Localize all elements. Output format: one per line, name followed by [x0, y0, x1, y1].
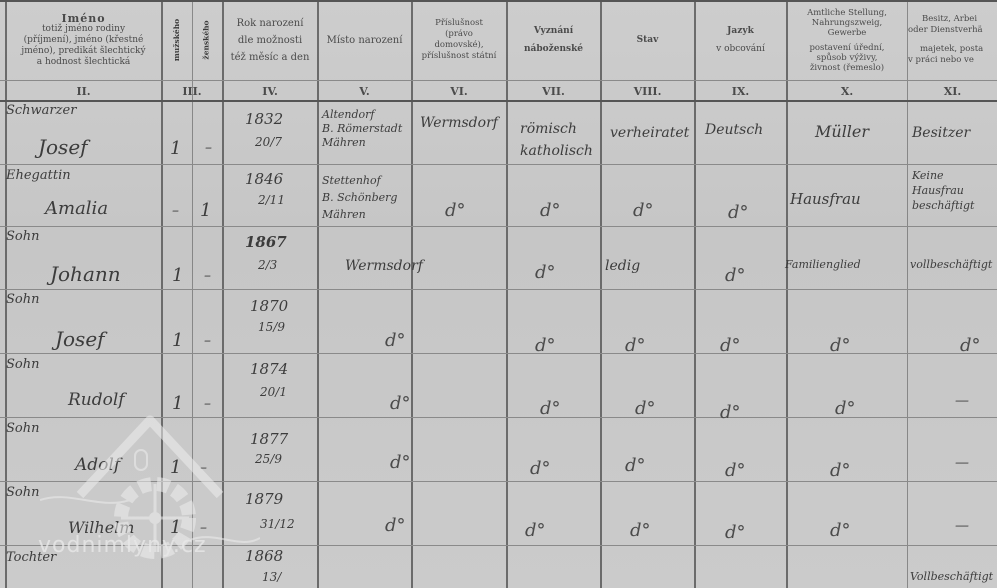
religion-cell: d°: [540, 200, 561, 221]
male-count-cell: 1: [172, 265, 183, 286]
relation-cell: Sohn: [6, 292, 39, 307]
ownership-line: Hausfrau: [912, 183, 974, 198]
birth-year-cell: 1867: [245, 233, 287, 251]
ownership-cell: —: [955, 393, 969, 409]
religion-cell: römisch katholisch: [520, 118, 593, 162]
header-line: postavení úřední,: [809, 43, 884, 53]
religion-cell: d°: [635, 398, 656, 419]
religion-line: römisch: [520, 118, 593, 140]
column-numeral: III.: [162, 81, 222, 101]
birthplace-cell: Wermsdorf: [345, 258, 423, 274]
column-numeral: VIII.: [601, 81, 694, 101]
header-line: Vyznání: [534, 22, 573, 40]
birth-date-cell: 13/: [262, 570, 281, 584]
ownership-cell: Vollbeschäftigt: [910, 570, 993, 583]
header-line: příslušnost státní: [422, 51, 497, 62]
column-numeral: IX.: [695, 81, 786, 101]
header-line: totiž jméno rodiny: [42, 24, 125, 35]
header-line: Gewerbe: [828, 28, 867, 38]
birth-date-cell: 20/1: [260, 385, 287, 399]
birthplace-line: Stettenhof: [322, 172, 397, 189]
religion-cell: d°: [625, 335, 646, 356]
row-divider: [0, 226, 997, 227]
header-line: Místo narození: [327, 35, 403, 46]
column-numeral: VI.: [412, 81, 506, 101]
header-line: spůsob výživy,: [817, 53, 878, 63]
female-count-cell: –: [205, 140, 212, 156]
census-sheet: Iméno totiž jméno rodiny (příjmení), jmé…: [0, 0, 997, 588]
status-cell: d°: [720, 335, 741, 356]
column-numeral: XI.: [908, 81, 997, 101]
occupation-cell: d°: [830, 335, 851, 356]
domicile-cell: d°: [445, 200, 466, 221]
header-line: domovské),: [434, 40, 483, 51]
header-line: mužského: [173, 19, 181, 61]
column-numeral: V.: [318, 81, 411, 101]
language-cell: Deutsch: [705, 122, 763, 138]
given-name-cell: Amalia: [45, 198, 108, 219]
header-status: Stav: [601, 0, 694, 80]
relation-cell: Sohn: [6, 229, 39, 244]
given-name-cell: Johann: [50, 262, 121, 286]
occupation-cell: Familienglied: [785, 258, 861, 271]
birthplace-line: B. Römerstadt: [322, 122, 402, 136]
birthplace-line: Altendorf: [322, 108, 402, 122]
header-line: v obcování: [716, 40, 765, 58]
relation-cell: Sohn: [6, 421, 39, 436]
domicile-cell: d°: [530, 458, 551, 479]
birth-date-cell: 2/11: [258, 193, 285, 207]
given-name-cell: Josef: [38, 135, 88, 159]
header-female: ženského: [193, 8, 221, 72]
header-line: ženského: [203, 20, 211, 59]
ownership-line: beschäftigt: [912, 198, 974, 213]
header-line: oder Dienstverhä: [908, 25, 983, 36]
birthplace-cell: Altendorf B. Römerstadt Mähren: [322, 108, 402, 150]
watermark-text: vodnimlyny.cz: [38, 533, 207, 558]
header-line: Jazyk: [727, 22, 754, 40]
header-language: Jazyk v obcování: [695, 0, 786, 80]
birth-date-cell: 2/3: [258, 258, 277, 272]
header-line: a hodnost šlechtická: [37, 57, 131, 68]
header-line: (příjmení), jméno (křestné: [24, 35, 144, 46]
relation-cell: Sohn: [6, 357, 39, 372]
religion-line: katholisch: [520, 140, 593, 162]
ownership-cell: —: [955, 455, 969, 471]
header-line: živnost (řemeslo): [810, 63, 884, 73]
birthplace-line: B. Schönberg: [322, 189, 397, 206]
religion-cell: d°: [725, 265, 746, 286]
ownership-cell: vollbeschäftigt: [910, 258, 992, 271]
header-line: majetek, posta: [908, 44, 983, 55]
birth-year-cell: 1846: [245, 170, 283, 188]
birth-date-cell: 15/9: [258, 320, 285, 334]
header-line: jméno), predikát šlechtický: [21, 46, 145, 57]
header-line: Nahrungszweig,: [812, 18, 882, 28]
status-cell: d°: [633, 200, 654, 221]
domicile-cell: d°: [535, 335, 556, 356]
header-domicile: Příslušnost (právo domovské), příslušnos…: [412, 0, 506, 80]
domicile-cell: Wermsdorf: [420, 115, 498, 131]
ownership-cell: d°: [960, 335, 981, 356]
religion-cell: d°: [625, 455, 646, 476]
ownership-cell: —: [955, 518, 969, 534]
header-birth-year: Rok narození dle možnosti též měsíc a de…: [223, 0, 317, 80]
header-line: Besitz, Arbei: [908, 14, 977, 25]
birthplace-cell: d°: [390, 393, 411, 414]
ownership-cell: Keine Hausfrau beschäftigt: [912, 168, 974, 213]
header-title: Iméno: [61, 13, 105, 24]
status-cell: ledig: [605, 258, 640, 274]
birth-year-cell: 1874: [250, 360, 288, 378]
domicile-cell: d°: [535, 262, 556, 283]
header-line: náboženské: [524, 40, 583, 58]
domicile-cell: d°: [540, 398, 561, 419]
birthplace-cell: d°: [390, 452, 411, 473]
female-count-cell: –: [204, 333, 211, 349]
male-count-cell: 1: [170, 138, 181, 159]
header-line: dle možnosti: [238, 32, 302, 49]
header-ownership: Besitz, Arbei oder Dienstverhä majetek, …: [908, 0, 997, 80]
header-occupation: Amtliche Stellung, Nahrungszweig, Gewerb…: [787, 0, 907, 80]
language-cell: d°: [728, 202, 749, 223]
header-line: Amtliche Stellung,: [807, 8, 887, 18]
occupation-cell: Müller: [815, 122, 869, 141]
header-name: Iméno totiž jméno rodiny (příjmení), jmé…: [6, 0, 161, 80]
birthplace-cell: d°: [385, 330, 406, 351]
status-cell: verheiratet: [610, 125, 689, 141]
birth-date-cell: 31/12: [260, 517, 295, 531]
ownership-cell: Besitzer: [912, 125, 970, 141]
column-numeral: II.: [6, 81, 161, 101]
birthplace-line: Mähren: [322, 136, 402, 150]
birth-year-cell: 1832: [245, 110, 283, 128]
given-name-cell: Josef: [55, 327, 105, 351]
occupation-cell: d°: [830, 460, 851, 481]
header-line: Příslušnost: [435, 18, 483, 29]
religion-cell: d°: [630, 520, 651, 541]
female-count-cell: –: [204, 268, 211, 284]
column-numeral: VII.: [507, 81, 600, 101]
occupation-cell: Hausfrau: [790, 190, 861, 208]
female-count-cell: 1: [200, 200, 211, 221]
header-line: též měsíc a den: [231, 49, 310, 66]
relation-cell: Ehegattin: [6, 168, 71, 183]
status-cell: d°: [720, 402, 741, 423]
header-line: Rok narození: [237, 15, 304, 32]
birthplace-cell: Stettenhof B. Schönberg Mähren: [322, 172, 397, 223]
relation-cell: Schwarzer: [6, 103, 76, 118]
header-birthplace: Místo narození: [318, 0, 411, 80]
status-cell: d°: [725, 522, 746, 543]
status-cell: d°: [725, 460, 746, 481]
ownership-line: Keine: [912, 168, 974, 183]
birth-date-cell: 20/7: [255, 135, 282, 149]
header-line: (právo: [445, 29, 473, 40]
column-numeral: IV.: [223, 81, 317, 101]
birth-year-cell: 1870: [250, 297, 288, 315]
header-religion: Vyznání náboženské: [507, 0, 600, 80]
header-line: Stav: [637, 35, 659, 46]
birthplace-line: Mähren: [322, 206, 397, 223]
domicile-cell: d°: [525, 520, 546, 541]
relation-cell: Sohn: [6, 485, 39, 500]
birthplace-cell: d°: [385, 515, 406, 536]
header-line: v práci nebo ve: [908, 55, 974, 66]
occupation-cell: d°: [830, 520, 851, 541]
row-divider: [0, 289, 997, 290]
row-divider: [0, 164, 997, 165]
occupation-cell: d°: [835, 398, 856, 419]
male-count-cell: 1: [172, 330, 183, 351]
male-count-cell: –: [172, 203, 179, 219]
header-male: mužského: [163, 8, 191, 72]
column-numeral: X.: [787, 81, 907, 101]
